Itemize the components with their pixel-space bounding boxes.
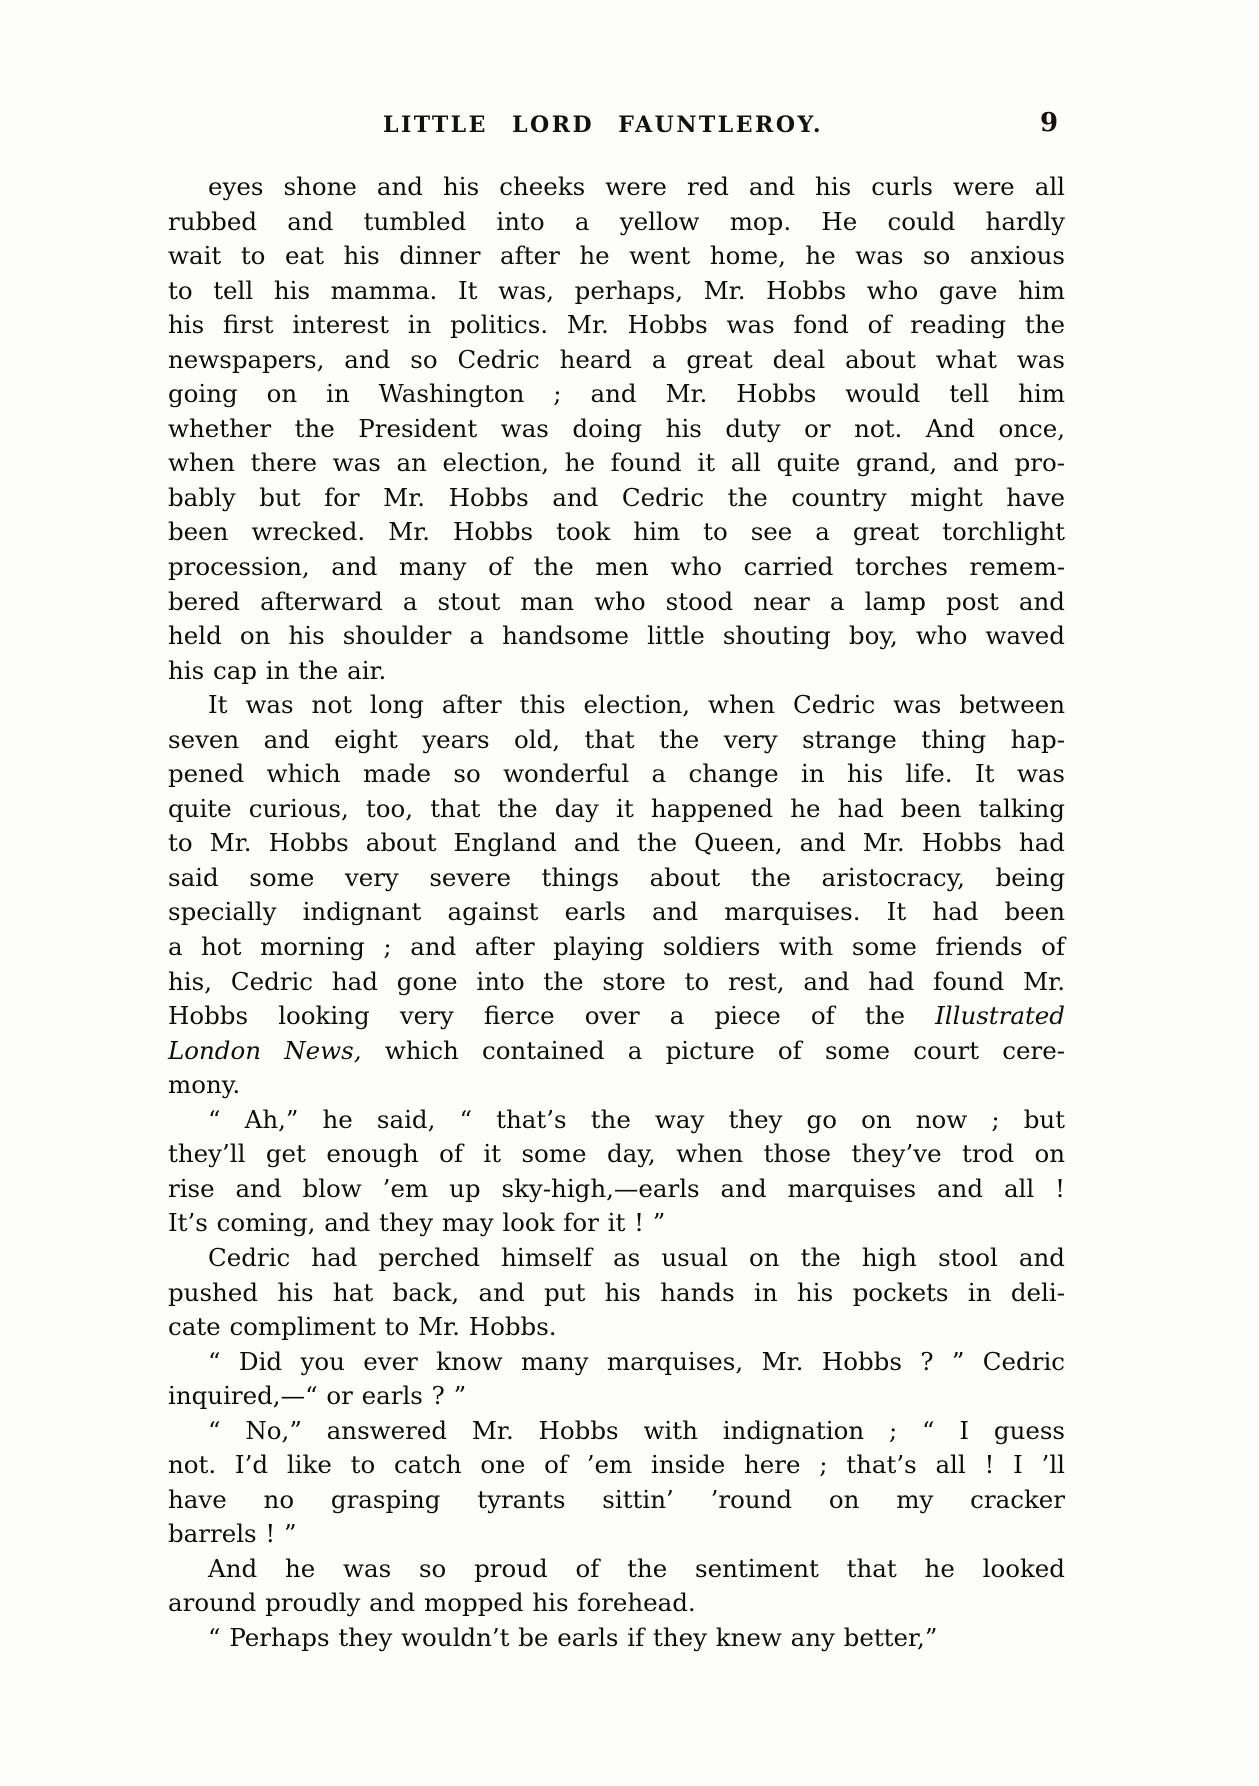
italic-text: Illustrated [935, 1001, 1065, 1030]
text-line: bably but for Mr. Hobbs and Cedric the c… [168, 481, 1065, 516]
text-line: “ No,” answered Mr. Hobbs with indignati… [168, 1414, 1065, 1449]
text-line: his, Cedric had gone into the store to r… [168, 965, 1065, 1000]
text-line: Hobbs looking very fierce over a piece o… [168, 999, 1065, 1034]
text-segment: held on his shoulder a handsome little s… [168, 621, 1065, 650]
text-line: when there was an election, he found it … [168, 446, 1065, 481]
text-line: they’ll get enough of it some day, when … [168, 1137, 1065, 1172]
paragraph: And he was so proud of the sentiment tha… [168, 1552, 1065, 1621]
text-line: barrels ! ” [168, 1517, 1065, 1552]
text-line: seven and eight years old, that the very… [168, 723, 1065, 758]
text-line: wait to eat his dinner after he went hom… [168, 239, 1065, 274]
text-line: It’s coming, and they may look for it ! … [168, 1206, 1065, 1241]
page-number: 9 [1040, 108, 1100, 138]
text-segment: seven and eight years old, that the very… [168, 725, 1065, 754]
paragraph: “ Perhaps they wouldn’t be earls if they… [168, 1621, 1065, 1656]
text-segment: been wrecked. Mr. Hobbs took him to see … [168, 517, 1065, 546]
text-segment: to Mr. Hobbs about England and the Queen… [168, 828, 1065, 857]
text-segment: when there was an election, he found it … [168, 448, 1065, 477]
text-segment: wait to eat his dinner after he went hom… [168, 241, 1065, 270]
text-line: around proudly and mopped his forehead. [168, 1586, 1065, 1621]
text-line: procession, and many of the men who carr… [168, 550, 1065, 585]
text-segment: specially indignant against earls and ma… [168, 897, 1065, 926]
text-segment: rubbed and tumbled into a yellow mop. He… [168, 207, 1065, 236]
text-line: cate compliment to Mr. Hobbs. [168, 1310, 1065, 1345]
text-segment: quite curious, too, that the day it happ… [168, 794, 1065, 823]
text-segment: whether the President was doing his duty… [168, 414, 1065, 443]
paragraph: “ Did you ever know many marquises, Mr. … [168, 1345, 1065, 1414]
text-line: “ Ah,” he said, “ that’s the way they go… [168, 1103, 1065, 1138]
text-line: not. I’d like to catch one of ’em inside… [168, 1448, 1065, 1483]
text-line: to tell his mamma. It was, perhaps, Mr. … [168, 274, 1065, 309]
running-head-title: LITTLE LORD FAUNTLEROY. [168, 112, 1038, 138]
text-segment: cate compliment to Mr. Hobbs. [168, 1312, 557, 1341]
text-line: specially indignant against earls and ma… [168, 895, 1065, 930]
text-segment: his, Cedric had gone into the store to r… [168, 967, 1065, 996]
text-line: a hot morning ; and after playing soldie… [168, 930, 1065, 965]
text-line: mony. [168, 1068, 1065, 1103]
text-line: newspapers, and so Cedric heard a great … [168, 343, 1065, 378]
text-segment: his cap in the air. [168, 656, 386, 685]
text-segment: not. I’d like to catch one of ’em inside… [168, 1450, 1065, 1479]
paragraph: Cedric had perched himself as usual on t… [168, 1241, 1065, 1345]
text-segment: procession, and many of the men who carr… [168, 552, 1065, 581]
text-segment: said some very severe things about the a… [168, 863, 1065, 892]
text-line: It was not long after this election, whe… [168, 688, 1065, 723]
text-line: his cap in the air. [168, 654, 1065, 689]
text-line: “ Perhaps they wouldn’t be earls if they… [168, 1621, 1065, 1656]
paragraph: “ No,” answered Mr. Hobbs with indignati… [168, 1414, 1065, 1552]
text-line: quite curious, too, that the day it happ… [168, 792, 1065, 827]
text-segment: newspapers, and so Cedric heard a great … [168, 345, 1065, 374]
text-line: rise and blow ’em up sky-high,—earls and… [168, 1172, 1065, 1207]
text-segment: “ No,” answered Mr. Hobbs with indignati… [208, 1416, 1065, 1445]
text-segment: Hobbs looking very fierce over a piece o… [168, 1001, 935, 1030]
text-segment: around proudly and mopped his forehead. [168, 1588, 696, 1617]
text-segment: “ Did you ever know many marquises, Mr. … [208, 1347, 1065, 1376]
text-line: inquired,—“ or earls ? ” [168, 1379, 1065, 1414]
text-line: held on his shoulder a handsome little s… [168, 619, 1065, 654]
paragraph: eyes shone and his cheeks were red and h… [168, 170, 1065, 688]
text-segment: which contained a picture of some court … [362, 1036, 1065, 1065]
text-line: rubbed and tumbled into a yellow mop. He… [168, 205, 1065, 240]
text-line: said some very severe things about the a… [168, 861, 1065, 896]
text-segment: pened which made so wonderful a change i… [168, 759, 1065, 788]
text-line: pushed his hat back, and put his hands i… [168, 1276, 1065, 1311]
text-line: pened which made so wonderful a change i… [168, 757, 1065, 792]
text-line: been wrecked. Mr. Hobbs took him to see … [168, 515, 1065, 550]
book-page: LITTLE LORD FAUNTLEROY. 9 eyes shone and… [0, 0, 1259, 1786]
text-segment: they’ll get enough of it some day, when … [168, 1139, 1065, 1168]
text-line: have no grasping tyrants sittin’ ’round … [168, 1483, 1065, 1518]
text-segment: inquired,—“ or earls ? ” [168, 1381, 466, 1410]
text-segment: eyes shone and his cheeks were red and h… [208, 172, 1065, 201]
paragraph: It was not long after this election, whe… [168, 688, 1065, 1103]
text-segment: It’s coming, and they may look for it ! … [168, 1208, 665, 1237]
text-segment: have no grasping tyrants sittin’ ’round … [168, 1485, 1065, 1514]
text-line: “ Did you ever know many marquises, Mr. … [168, 1345, 1065, 1380]
text-segment: “ Ah,” he said, “ that’s the way they go… [208, 1105, 1065, 1134]
text-line: bered afterward a stout man who stood ne… [168, 585, 1065, 620]
text-segment: “ Perhaps they wouldn’t be earls if they… [208, 1623, 937, 1652]
text-segment: to tell his mamma. It was, perhaps, Mr. … [168, 276, 1065, 305]
text-segment: his first interest in politics. Mr. Hobb… [168, 310, 1065, 339]
text-segment: a hot morning ; and after playing soldie… [168, 932, 1065, 961]
text-line: whether the President was doing his duty… [168, 412, 1065, 447]
text-line: eyes shone and his cheeks were red and h… [168, 170, 1065, 205]
text-segment: bered afterward a stout man who stood ne… [168, 587, 1065, 616]
body-text: eyes shone and his cheeks were red and h… [168, 170, 1065, 1656]
paragraph: “ Ah,” he said, “ that’s the way they go… [168, 1103, 1065, 1241]
text-segment: And he was so proud of the sentiment tha… [208, 1554, 1065, 1583]
text-segment: rise and blow ’em up sky-high,—earls and… [168, 1174, 1065, 1203]
text-segment: It was not long after this election, whe… [208, 690, 1065, 719]
italic-text: London News, [168, 1036, 362, 1065]
text-segment: going on in Washington ; and Mr. Hobbs w… [168, 379, 1065, 408]
text-segment: mony. [168, 1070, 240, 1099]
text-segment: bably but for Mr. Hobbs and Cedric the c… [168, 483, 1065, 512]
text-line: Cedric had perched himself as usual on t… [168, 1241, 1065, 1276]
text-segment: Cedric had perched himself as usual on t… [208, 1243, 1065, 1272]
text-segment: pushed his hat back, and put his hands i… [168, 1278, 1065, 1307]
text-line: to Mr. Hobbs about England and the Queen… [168, 826, 1065, 861]
text-segment: barrels ! ” [168, 1519, 297, 1548]
text-line: going on in Washington ; and Mr. Hobbs w… [168, 377, 1065, 412]
text-line: London News, which contained a picture o… [168, 1034, 1065, 1069]
text-line: his first interest in politics. Mr. Hobb… [168, 308, 1065, 343]
text-line: And he was so proud of the sentiment tha… [168, 1552, 1065, 1587]
